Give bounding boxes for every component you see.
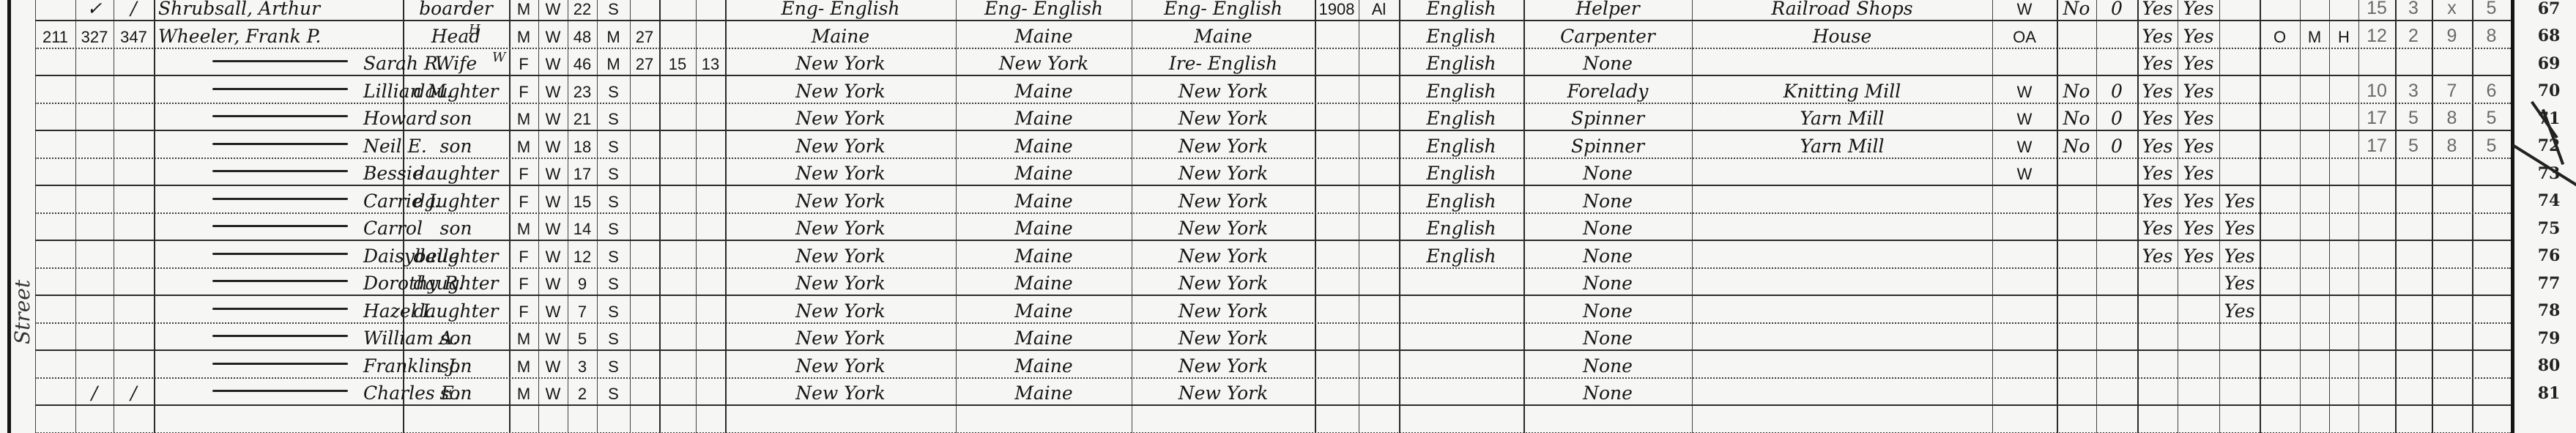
father-birthplace-cell: Maine [956, 21, 1132, 48]
age-cell: 21 [568, 103, 597, 131]
language-cell: English [1399, 103, 1523, 131]
unemployed-cell: No [2057, 75, 2096, 103]
ditto-mark [212, 363, 348, 365]
occupation-code: 8 [2432, 103, 2472, 131]
language-cell: English [1399, 21, 1523, 48]
birthplace-cell: New York [725, 158, 956, 186]
race-cell: W [538, 240, 568, 268]
marital-cell: S [597, 75, 630, 103]
occupation-code: 5 [2472, 130, 2511, 158]
weeks-unemployed-cell: 0 [2096, 130, 2137, 158]
ditto-mark [212, 60, 348, 62]
marital-cell: S [597, 295, 630, 323]
father-birthplace-cell: New York [956, 48, 1132, 76]
ditto-mark [212, 225, 348, 227]
occupation-cell: Carpenter [1523, 21, 1692, 48]
can-write-cell: Yes [2178, 130, 2219, 158]
mother-birthplace-cell: New York [1132, 75, 1315, 103]
dwelling-number: 327 [75, 21, 114, 48]
occupation-cell: None [1523, 268, 1692, 296]
birthplace-cell: New York [725, 213, 956, 241]
occupation-code: 5 [2472, 103, 2511, 131]
weeks-unemployed-cell: 0 [2096, 0, 2137, 21]
years-married-cell: 27 [630, 48, 659, 76]
language-cell: English [1399, 0, 1523, 21]
race-cell: W [538, 130, 568, 158]
occupation-cell: None [1523, 350, 1692, 378]
can-read-cell: Yes [2137, 0, 2178, 21]
father-birthplace-cell: Maine [956, 158, 1132, 186]
birthplace-cell: New York [725, 240, 956, 268]
column-rule [2329, 0, 2330, 433]
father-birthplace-cell: Maine [956, 130, 1132, 158]
ditto-mark [212, 170, 348, 172]
line-number: 79 [2527, 329, 2571, 348]
column-rule [2057, 0, 2058, 433]
column-rule [2260, 0, 2261, 433]
mother-birthplace-cell: Eng- English [1132, 0, 1315, 21]
birthplace-cell: New York [725, 103, 956, 131]
mother-birthplace-cell: New York [1132, 350, 1315, 378]
immigration-year-cell: 1908 [1315, 0, 1359, 21]
father-birthplace-cell: Maine [956, 350, 1132, 378]
ditto-mark [212, 198, 348, 200]
check-mark: / [75, 378, 114, 406]
birthplace-cell: New York [725, 268, 956, 296]
column-rule [1992, 0, 1993, 433]
birthplace-cell: New York [725, 378, 956, 406]
occupation-code: 8 [2432, 130, 2472, 158]
column-rule [2300, 0, 2301, 433]
occupation-code: 5 [2395, 130, 2432, 158]
mother-birthplace-cell: Maine [1132, 21, 1315, 48]
age-cell: 17 [568, 158, 597, 186]
children-born-cell: 15 [659, 48, 696, 76]
column-rule [2511, 0, 2514, 433]
occupation-cell: None [1523, 378, 1692, 406]
census-sheet: Shrubsall, ArthurboarderMW22SEng- Englis… [0, 0, 2576, 433]
relation-cell: daughter [403, 75, 509, 103]
column-rule [2472, 0, 2473, 433]
marital-cell: S [597, 323, 630, 351]
occupation-code: 12 [2358, 21, 2395, 48]
birthplace-cell: Maine [725, 21, 956, 48]
years-married-cell: 27 [630, 21, 659, 48]
line-number: 80 [2527, 356, 2571, 375]
line-number: 69 [2527, 54, 2571, 73]
line-number: 68 [2527, 26, 2571, 45]
marital-cell: S [597, 378, 630, 406]
age-cell: 48 [568, 21, 597, 48]
occupation-code: 10 [2358, 75, 2395, 103]
father-birthplace-cell: Maine [956, 75, 1132, 103]
can-write-cell: Yes [2178, 240, 2219, 268]
can-write-cell: Yes [2178, 158, 2219, 186]
birthplace-cell: New York [725, 48, 956, 76]
margin-note: Street [10, 280, 34, 344]
marital-cell: S [597, 240, 630, 268]
sex-cell: M [509, 103, 538, 131]
occupation-code: 17 [2358, 103, 2395, 131]
race-cell: W [538, 158, 568, 186]
column-rule [7, 0, 11, 433]
weeks-unemployed-cell: 0 [2096, 75, 2137, 103]
class-of-worker-cell: W [1992, 158, 2057, 186]
relation-cell: son [403, 323, 509, 351]
mother-birthplace-cell: New York [1132, 295, 1315, 323]
column-rule [1315, 0, 1316, 433]
father-birthplace-cell: Maine [956, 185, 1132, 213]
mother-birthplace-cell: Ire- English [1132, 48, 1315, 76]
race-cell: W [538, 213, 568, 241]
class-of-worker-cell: W [1992, 75, 2057, 103]
industry-cell: Railroad Shops [1692, 0, 1992, 21]
ditto-mark [212, 280, 348, 282]
can-read-cell: Yes [2137, 213, 2178, 241]
age-cell: 14 [568, 213, 597, 241]
occupation-code: 9 [2432, 21, 2472, 48]
language-cell: English [1399, 240, 1523, 268]
sex-cell: M [509, 213, 538, 241]
occupation-code: 5 [2472, 0, 2511, 21]
sex-cell: M [509, 130, 538, 158]
age-cell: 2 [568, 378, 597, 406]
unemployed-cell: No [2057, 103, 2096, 131]
can-read-cell: Yes [2137, 103, 2178, 131]
column-rule [2096, 0, 2097, 433]
line-number: 77 [2527, 274, 2571, 293]
column-rule [1692, 0, 1693, 433]
relation-cell: daughter [403, 295, 509, 323]
ditto-mark [212, 115, 348, 117]
name-cell: Wheeler, Frank P. [154, 21, 403, 48]
marital-cell: S [597, 130, 630, 158]
race-cell: W [538, 48, 568, 76]
class-of-worker-cell: W [1992, 130, 2057, 158]
birthplace-cell: Eng- English [725, 0, 956, 21]
age-cell: 22 [568, 0, 597, 21]
can-write-cell: Yes [2178, 0, 2219, 21]
language-cell: English [1399, 158, 1523, 186]
industry-cell: House [1692, 21, 1992, 48]
industry-cell: Yarn Mill [1692, 130, 1992, 158]
relation-annotation: W [492, 50, 506, 65]
mother-birthplace-cell: New York [1132, 185, 1315, 213]
marital-cell: S [597, 268, 630, 296]
mother-birthplace-cell: New York [1132, 378, 1315, 406]
can-write-cell: Yes [2178, 75, 2219, 103]
line-number: 75 [2527, 219, 2571, 238]
language-cell: English [1399, 48, 1523, 76]
home-owned-cell: O [2260, 21, 2300, 48]
check-mark: / [114, 378, 154, 406]
ditto-mark [212, 335, 348, 337]
birthplace-cell: New York [725, 75, 956, 103]
occupation-cell: None [1523, 158, 1692, 186]
age-cell: 23 [568, 75, 597, 103]
attended-school-cell: Yes [2219, 213, 2260, 241]
line-number: 76 [2527, 246, 2571, 265]
ditto-mark [212, 88, 348, 90]
unemployed-cell: No [2057, 130, 2096, 158]
column-rule [114, 0, 114, 433]
marital-cell: S [597, 213, 630, 241]
can-read-cell: Yes [2137, 185, 2178, 213]
occupation-code: 5 [2395, 103, 2432, 131]
can-read-cell: Yes [2137, 240, 2178, 268]
line-number: 74 [2527, 191, 2571, 210]
mortgage-cell: M [2300, 21, 2329, 48]
race-cell: W [538, 268, 568, 296]
can-read-cell: Yes [2137, 48, 2178, 76]
race-cell: W [538, 21, 568, 48]
industry-cell: Knitting Mill [1692, 75, 1992, 103]
sex-cell: F [509, 240, 538, 268]
naturalization-cell: Al [1359, 0, 1399, 21]
occupation-code: 2 [2395, 21, 2432, 48]
relation-cell: Head [403, 21, 509, 48]
sex-cell: M [509, 323, 538, 351]
birthplace-cell: New York [725, 323, 956, 351]
mother-birthplace-cell: New York [1132, 268, 1315, 296]
column-rule [2395, 0, 2397, 433]
line-number: 78 [2527, 301, 2571, 320]
line-number: 70 [2527, 81, 2571, 100]
ditto-mark [212, 253, 348, 255]
class-of-worker-cell: W [1992, 103, 2057, 131]
marital-cell: S [597, 0, 630, 21]
relation-cell: son [403, 213, 509, 241]
occupation-code: 8 [2472, 21, 2511, 48]
race-cell: W [538, 378, 568, 406]
relation-cell: daughter [403, 268, 509, 296]
relation-annotation: H [469, 22, 480, 37]
can-write-cell: Yes [2178, 213, 2219, 241]
sex-cell: M [509, 21, 538, 48]
relation-cell: son [403, 103, 509, 131]
attended-school-cell: Yes [2219, 268, 2260, 296]
children-living-cell: 13 [696, 48, 725, 76]
race-cell: W [538, 295, 568, 323]
birthplace-cell: New York [725, 130, 956, 158]
mother-birthplace-cell: New York [1132, 103, 1315, 131]
line-number: 81 [2527, 384, 2571, 403]
father-birthplace-cell: Maine [956, 323, 1132, 351]
race-cell: W [538, 185, 568, 213]
occupation-code: 17 [2358, 130, 2395, 158]
name-cell: Shrubsall, Arthur [154, 0, 403, 21]
marital-cell: S [597, 158, 630, 186]
attended-school-cell: Yes [2219, 185, 2260, 213]
relation-cell: son [403, 130, 509, 158]
father-birthplace-cell: Maine [956, 295, 1132, 323]
marital-cell: S [597, 185, 630, 213]
age-cell: 9 [568, 268, 597, 296]
attended-school-cell: Yes [2219, 240, 2260, 268]
father-birthplace-cell: Maine [956, 240, 1132, 268]
sex-cell: F [509, 158, 538, 186]
birthplace-cell: New York [725, 350, 956, 378]
relation-cell: daughter [403, 240, 509, 268]
sex-cell: M [509, 378, 538, 406]
sex-cell: F [509, 75, 538, 103]
occupation-cell: None [1523, 213, 1692, 241]
occupation-code: 15 [2358, 0, 2395, 21]
father-birthplace-cell: Maine [956, 213, 1132, 241]
occupation-cell: None [1523, 295, 1692, 323]
can-read-cell: Yes [2137, 130, 2178, 158]
column-rule [75, 0, 76, 433]
dwelling-visit-number: 211 [35, 21, 75, 48]
column-rule [2432, 0, 2433, 433]
occupation-cell: Spinner [1523, 130, 1692, 158]
sex-cell: F [509, 48, 538, 76]
ditto-mark [212, 390, 348, 392]
farm-cell: H [2329, 21, 2358, 48]
father-birthplace-cell: Maine [956, 268, 1132, 296]
can-read-cell: Yes [2137, 21, 2178, 48]
father-birthplace-cell: Eng- English [956, 0, 1132, 21]
occupation-cell: None [1523, 48, 1692, 76]
father-birthplace-cell: Maine [956, 103, 1132, 131]
language-cell: English [1399, 75, 1523, 103]
occupation-code: 3 [2395, 75, 2432, 103]
language-cell: English [1399, 213, 1523, 241]
sex-cell: F [509, 268, 538, 296]
can-read-cell: Yes [2137, 158, 2178, 186]
class-of-worker-cell: W [1992, 0, 2057, 21]
race-cell: W [538, 350, 568, 378]
industry-cell: Yarn Mill [1692, 103, 1992, 131]
occupation-code: 3 [2395, 0, 2432, 21]
age-cell: 3 [568, 350, 597, 378]
column-rule [2358, 0, 2359, 433]
marital-cell: M [597, 21, 630, 48]
mother-birthplace-cell: New York [1132, 130, 1315, 158]
column-rule [35, 0, 36, 433]
race-cell: W [538, 75, 568, 103]
mother-birthplace-cell: New York [1132, 323, 1315, 351]
age-cell: 15 [568, 185, 597, 213]
sex-cell: M [509, 0, 538, 21]
occupation-cell: None [1523, 323, 1692, 351]
race-cell: W [538, 323, 568, 351]
marital-cell: M [597, 48, 630, 76]
marital-cell: S [597, 103, 630, 131]
relation-cell: son [403, 378, 509, 406]
can-write-cell: Yes [2178, 21, 2219, 48]
sex-cell: F [509, 185, 538, 213]
age-cell: 18 [568, 130, 597, 158]
race-cell: W [538, 103, 568, 131]
family-number: 347 [114, 21, 154, 48]
ditto-mark [212, 143, 348, 145]
ditto-mark [212, 308, 348, 310]
relation-cell: daughter [403, 158, 509, 186]
relation-cell: son [403, 350, 509, 378]
sex-cell: F [509, 295, 538, 323]
check-mark: / [114, 0, 154, 21]
line-number: 67 [2527, 0, 2571, 18]
age-cell: 5 [568, 323, 597, 351]
column-rule [154, 0, 155, 433]
occupation-code: 6 [2472, 75, 2511, 103]
can-write-cell: Yes [2178, 103, 2219, 131]
occupation-code: x [2432, 0, 2472, 21]
age-cell: 12 [568, 240, 597, 268]
birthplace-cell: New York [725, 295, 956, 323]
occupation-code: 7 [2432, 75, 2472, 103]
can-write-cell: Yes [2178, 185, 2219, 213]
birthplace-cell: New York [725, 185, 956, 213]
occupation-cell: Helper [1523, 0, 1692, 21]
attended-school-cell: Yes [2219, 295, 2260, 323]
sex-cell: M [509, 350, 538, 378]
relation-cell: boarder [403, 0, 509, 21]
relation-cell: daughter [403, 185, 509, 213]
occupation-cell: None [1523, 185, 1692, 213]
occupation-cell: Forelady [1523, 75, 1692, 103]
father-birthplace-cell: Maine [956, 378, 1132, 406]
mother-birthplace-cell: New York [1132, 240, 1315, 268]
can-write-cell: Yes [2178, 48, 2219, 76]
language-cell: English [1399, 130, 1523, 158]
age-cell: 7 [568, 295, 597, 323]
can-read-cell: Yes [2137, 75, 2178, 103]
marital-cell: S [597, 350, 630, 378]
occupation-cell: None [1523, 240, 1692, 268]
occupation-cell: Spinner [1523, 103, 1692, 131]
unemployed-cell: No [2057, 0, 2096, 21]
line-number: 72 [2527, 136, 2571, 155]
mother-birthplace-cell: New York [1132, 158, 1315, 186]
column-rule [1359, 0, 1359, 433]
mother-birthplace-cell: New York [1132, 213, 1315, 241]
age-cell: 46 [568, 48, 597, 76]
check-mark: ✓ [75, 0, 114, 21]
language-cell: English [1399, 185, 1523, 213]
class-of-worker-cell: OA [1992, 21, 2057, 48]
race-cell: W [538, 0, 568, 21]
weeks-unemployed-cell: 0 [2096, 103, 2137, 131]
